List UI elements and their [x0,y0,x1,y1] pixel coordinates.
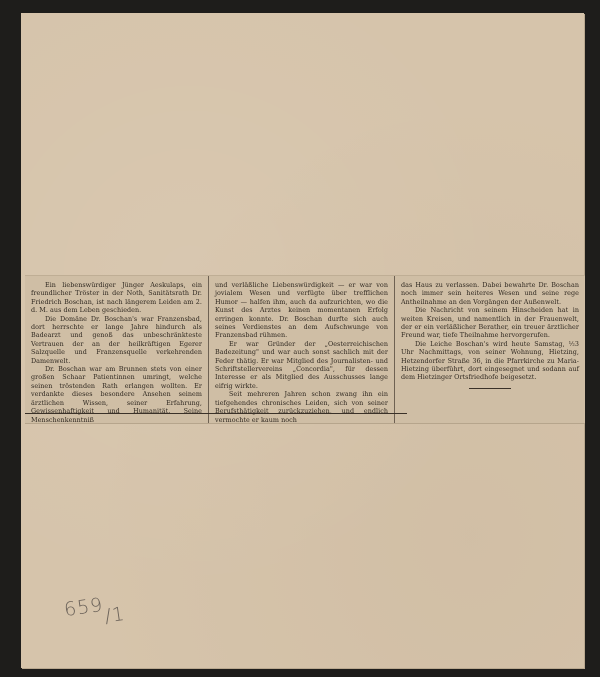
column-3-paragraph-3: Die Leiche Boschan's wird heute Samstag,… [401,340,579,382]
archive-number-sub: /1 [103,603,126,628]
clipping-column-3: das Haus zu verlassen. Dabei bewahrte Dr… [394,276,585,423]
clipping-column-2: und verläßliche Liebenswürdigkeit — er w… [208,276,394,423]
archive-number-main: 659 [63,594,105,621]
column-1-paragraph-1: Ein liebenswürdiger Jünger Aeskulaps, ei… [31,281,202,315]
column-3-paragraph-1: das Haus zu verlassen. Dabei bewahrte Dr… [401,281,579,306]
handwritten-archive-number: 659/1 [63,591,125,621]
column-1-paragraph-2: Die Domäne Dr. Boschan's war Franzensbad… [31,315,202,365]
column-1-paragraph-3: Dr. Boschan war am Brunnen stets von ein… [31,365,202,424]
column-3-paragraph-2: Die Nachricht von seinem Hinscheiden hat… [401,306,579,340]
column-2-paragraph-2: Er war Gründer der „Oesterreichischen Ba… [215,340,388,390]
clipping-column-1: Ein liebenswürdiger Jünger Aeskulaps, ei… [25,276,208,423]
newspaper-clipping: Ein liebenswürdiger Jünger Aeskulaps, ei… [25,275,585,424]
archival-sheet: Ein liebenswürdiger Jünger Aeskulaps, ei… [21,13,584,668]
column-2-paragraph-3: Seit mehreren Jahren schon zwang ihn ein… [215,390,388,424]
column-2-paragraph-1: und verläßliche Liebenswürdigkeit — er w… [215,281,388,340]
article-end-rule [469,388,511,389]
